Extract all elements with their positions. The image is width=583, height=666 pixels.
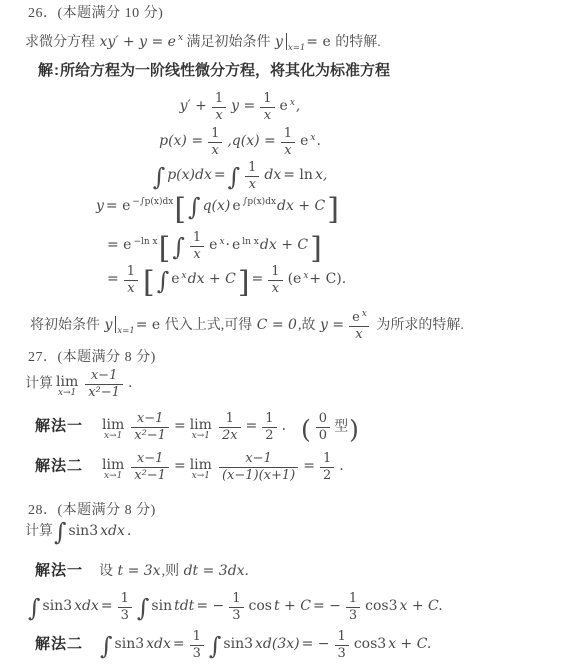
fraction-numerator: 1	[219, 412, 241, 427]
math-term: x,	[315, 167, 327, 183]
fraction-numerator: x−1	[219, 452, 298, 467]
equals-sign: =	[173, 636, 185, 652]
math-term: e	[300, 133, 308, 149]
math-term: = −	[302, 636, 330, 652]
solution-intro-line: 解:所给方程为一阶线性微分方程，将其化为标准方程	[38, 62, 390, 80]
problem-26-header-text: 26．(本题满分 10 分)	[28, 6, 163, 21]
fraction: 12x	[218, 412, 242, 442]
math-term: xdx	[146, 636, 171, 652]
punctuation: .	[128, 375, 132, 391]
fraction: 1x	[259, 92, 275, 122]
fraction-numerator: 1	[346, 592, 360, 607]
fraction-numerator: 1	[212, 92, 226, 107]
fraction: 1x	[123, 265, 139, 295]
integral-sign: ∫	[100, 632, 113, 660]
fraction-numerator: 1	[260, 92, 274, 107]
math-term: sin3	[223, 636, 253, 652]
math-term: p(x)dx	[167, 167, 212, 183]
right-paren: )	[349, 415, 359, 444]
integral-sign: ∫	[137, 594, 150, 622]
exponent: x	[362, 309, 367, 319]
answer-text: 代入上式,可得	[161, 318, 256, 333]
general-solution-step-1: y= e−∫p(x)dx[∫q(x)e∫p(x)dxdx + C]	[95, 197, 340, 215]
equals-sign: =	[101, 598, 113, 614]
substitution-text: 设	[99, 564, 117, 579]
answer-text: 将初始条件	[30, 318, 104, 333]
math-term: xdx	[100, 523, 125, 539]
math-term: y	[275, 34, 283, 50]
math-term: = e	[107, 237, 131, 253]
math-term: cos3	[365, 598, 397, 614]
limit-word: lim	[102, 458, 124, 472]
method-1-label: 解法一	[35, 417, 83, 434]
equals-sign: =	[303, 458, 315, 474]
right-bracket: ]	[310, 231, 322, 266]
final-answer-line: 将初始条件 yx=1= e 代入上式,可得 C = 0,故 y =exx 为所求…	[30, 310, 464, 342]
general-solution-step-3: =1x[∫exdx + C]=1x(ex+ C).	[106, 265, 347, 295]
statement-text: 计算	[25, 524, 53, 539]
type-note: 型	[334, 419, 348, 434]
problem-27-header: 27．(本题满分 8 分)	[28, 350, 156, 367]
math-term: dt = 3dx.	[184, 563, 249, 579]
fraction: 13	[189, 630, 205, 660]
exponent: x	[182, 271, 187, 281]
limit-subscript: x→1	[102, 432, 124, 441]
math-term: dx	[264, 167, 281, 183]
fraction-denominator: x	[268, 280, 282, 296]
equals-sign: =	[174, 418, 186, 434]
math-term: sin3	[43, 598, 73, 614]
math-term: = e	[306, 34, 330, 50]
fraction-numerator: 1	[245, 161, 259, 176]
integral-of-p-equation: ∫p(x)dx=∫1xdx= lnx,	[0, 161, 480, 191]
fraction: 1x	[267, 265, 283, 295]
fraction-denominator: 2x	[219, 427, 241, 443]
math-term: y =	[320, 317, 344, 333]
exponent: x	[290, 98, 295, 108]
method-2-label: 解法二	[35, 635, 83, 652]
math-term: xy′ + y = e	[100, 34, 176, 50]
problem-26-statement: 求微分方程 xy′ + y = ex 满足初始条件 yx=1= e 的特解.	[25, 33, 381, 53]
method-1-line-27: 解法一limx→1x−1x²−1=limx→112x=12.(00型)	[35, 412, 360, 442]
fraction-denominator: x	[281, 142, 295, 158]
fraction-numerator: 1	[190, 630, 204, 645]
substitution-text: ,则	[162, 564, 183, 579]
equals-sign: =	[246, 418, 258, 434]
fraction: x−1(x−1)(x+1)	[218, 452, 299, 482]
math-term: dx + C	[188, 271, 236, 287]
fraction-numerator: x−1	[131, 452, 169, 467]
left-bracket: [	[143, 265, 155, 300]
evaluation-bar	[286, 33, 287, 50]
fraction: 12	[319, 452, 335, 482]
fraction-denominator: 0	[316, 427, 330, 443]
fraction-denominator: x	[260, 107, 274, 123]
fraction-numerator: x−1	[131, 412, 169, 427]
equals-sign: =	[174, 458, 186, 474]
integral-sign: ∫	[54, 518, 67, 546]
fraction: 13	[345, 592, 361, 622]
substitution-line: 解法一设 t = 3x,则 dt = 3dx.	[35, 562, 250, 581]
limit-operator: limx→1	[56, 375, 78, 398]
statement-text: 计算	[25, 376, 53, 391]
math-term: sin3	[69, 523, 99, 539]
fraction-numerator: 1	[124, 265, 138, 280]
fraction-numerator: 1	[281, 127, 295, 142]
method-2-integration-line: 解法二∫sin3xdx=13∫sin3xd(3x)= −13cos3x + C.	[35, 630, 432, 660]
fraction-numerator: 1	[118, 592, 132, 607]
equals-sign: =	[214, 167, 226, 183]
limit-word: lim	[190, 458, 212, 472]
fraction: x−1x²−1	[130, 452, 170, 482]
exponent: −ln x	[133, 237, 157, 247]
evaluation-subscript: x=1	[117, 326, 134, 336]
math-term: x + C.	[400, 598, 443, 614]
math-term: sin3	[115, 636, 145, 652]
math-term: xd(3x)	[255, 636, 300, 652]
math-term: ,q(x) =	[227, 133, 275, 149]
math-term: e	[209, 237, 217, 253]
exponent: −∫p(x)dx	[132, 197, 173, 207]
fraction-denominator: 3	[229, 607, 243, 623]
fraction-denominator: x	[245, 176, 259, 192]
exponent: x	[219, 237, 224, 247]
fraction: exx	[348, 310, 370, 342]
punctuation: ,	[296, 98, 300, 114]
evaluation-subscript: x=1	[288, 43, 305, 53]
right-bracket: ]	[238, 265, 250, 300]
math-term: x + C.	[388, 636, 431, 652]
fraction-numerator: 1	[335, 630, 349, 645]
fraction: 13	[334, 630, 350, 660]
fraction-denominator: x²−1	[131, 427, 169, 443]
integral-sign: ∫	[157, 267, 170, 295]
limit-word: lim	[190, 418, 212, 432]
limit-operator: limx→1	[102, 458, 124, 481]
limit-operator: limx→1	[102, 418, 124, 441]
fraction: 1x	[211, 92, 227, 122]
fraction: 1x	[244, 161, 260, 191]
limit-subscript: x→1	[102, 472, 124, 481]
punctuation: .	[316, 133, 320, 149]
problem-28-header: 28．(本题满分 8 分)	[28, 503, 156, 520]
integration-steps-line: ∫sin3xdx=13∫sintdt= −13cost + C= −13cos3…	[27, 592, 444, 622]
math-term: t + C	[274, 598, 311, 614]
fraction: 13	[228, 592, 244, 622]
math-term: e	[232, 198, 240, 214]
integral-sign: ∫	[153, 163, 166, 191]
left-paren: (	[301, 415, 311, 444]
math-term: = e	[106, 198, 130, 214]
limit-subscript: x→1	[190, 432, 212, 441]
fraction-numerator: 1	[268, 265, 282, 280]
math-term: y =	[231, 98, 255, 114]
statement-text: 求微分方程	[25, 35, 99, 50]
statement-text: 的特解.	[332, 35, 381, 50]
exponent: x	[303, 271, 308, 281]
fraction: x−1x²−1	[130, 412, 170, 442]
fraction: 12	[261, 412, 277, 442]
math-term: e	[352, 310, 360, 325]
equals-sign: =	[252, 271, 264, 287]
math-term: xdx	[74, 598, 99, 614]
math-term: dx + C	[277, 198, 325, 214]
limit-word: lim	[102, 418, 124, 432]
punctuation: .	[282, 418, 286, 434]
equals-sign: =	[107, 271, 119, 287]
fraction-denominator: 2	[320, 467, 334, 483]
fraction-denominator: 3	[346, 607, 360, 623]
integral-sign: ∫	[28, 594, 41, 622]
integral-sign: ∫	[172, 233, 185, 261]
scanned-math-solutions-page: 26．(本题满分 10 分) 求微分方程 xy′ + y = ex 满足初始条件…	[0, 0, 583, 666]
math-term: cos3	[354, 636, 386, 652]
fraction-denominator: x	[190, 246, 204, 262]
fraction-numerator: 1	[229, 592, 243, 607]
math-term: + C).	[309, 271, 346, 287]
problem-28-statement: 计算∫sin3xdx.	[25, 523, 132, 541]
math-term: (e	[288, 271, 302, 287]
math-term: e	[280, 98, 288, 114]
math-term: tdt	[174, 598, 194, 614]
fraction: x−1x²−1	[84, 369, 124, 399]
fraction-denominator: 2	[262, 427, 276, 443]
solution-label: 解:	[38, 62, 60, 79]
math-term: = ln	[283, 167, 313, 183]
fraction-denominator: x	[212, 107, 226, 123]
fraction: 13	[117, 592, 133, 622]
fraction: 1x	[189, 231, 205, 261]
fraction-denominator: x²−1	[85, 384, 123, 400]
fraction: 1x	[280, 127, 296, 157]
general-solution-step-2: = e−ln x[∫1xex·eln xdx + C]	[106, 231, 323, 261]
left-bracket: [	[174, 192, 186, 227]
fraction-denominator: 3	[118, 607, 132, 623]
fraction-numerator: x−1	[85, 369, 123, 384]
limit-operator: limx→1	[190, 418, 212, 441]
math-term: y′ +	[180, 98, 207, 114]
fraction-numerator: 0	[316, 412, 330, 427]
standard-form-equation: y′ +1xy =1xex,	[0, 92, 480, 122]
method-2-line-27: 解法二limx→1x−1x²−1=limx→1x−1(x−1)(x+1)=12.	[35, 452, 345, 482]
fraction-denominator: 3	[335, 645, 349, 661]
fraction-numerator: 1	[190, 231, 204, 246]
math-term: = −	[313, 598, 341, 614]
math-term: y	[96, 198, 104, 214]
fraction-denominator: x	[349, 326, 369, 342]
problem-27-header-text: 27．(本题满分 8 分)	[28, 350, 156, 365]
math-term: p(x) =	[159, 133, 203, 149]
fraction-denominator: x	[208, 142, 222, 158]
fraction-numerator: 1	[262, 412, 276, 427]
integral-sign: ∫	[188, 193, 201, 221]
punctuation: .	[127, 523, 131, 539]
right-bracket: ]	[327, 192, 339, 227]
math-term: q(x)	[203, 198, 231, 214]
math-term: sin	[151, 598, 172, 614]
math-term: dx + C	[260, 237, 308, 253]
fraction-numerator: 1	[208, 127, 222, 142]
math-term: t = 3x	[118, 563, 161, 579]
problem-27-statement: 计算limx→1x−1x²−1.	[25, 369, 133, 399]
pq-definition-equation: p(x) =1x,q(x) =1xex.	[0, 127, 480, 157]
fraction-denominator: x	[124, 280, 138, 296]
statement-text: 满足初始条件	[183, 35, 274, 50]
math-term: y	[105, 317, 113, 333]
math-term: C = 0	[257, 317, 297, 333]
problem-26-header: 26．(本题满分 10 分)	[28, 6, 163, 23]
integral-sign: ∫	[228, 163, 241, 191]
fraction: 00	[315, 412, 331, 442]
fraction-denominator: x²−1	[131, 467, 169, 483]
fraction-numerator: 1	[320, 452, 334, 467]
multiplication-dot: ·	[226, 237, 230, 253]
math-term: cos	[249, 598, 272, 614]
fraction: 1x	[207, 127, 223, 157]
exponent: x	[310, 133, 315, 143]
exponent: ∫p(x)dx	[243, 197, 276, 207]
math-term: = e	[136, 317, 160, 333]
math-term: e	[171, 271, 179, 287]
method-1-label: 解法一	[35, 562, 83, 579]
limit-operator: limx→1	[190, 458, 212, 481]
left-bracket: [	[159, 231, 171, 266]
fraction-numerator: ex	[348, 310, 370, 326]
fraction-denominator: (x−1)(x+1)	[219, 467, 298, 483]
limit-word: lim	[56, 375, 78, 389]
limit-subscript: x→1	[190, 472, 212, 481]
fraction-denominator: 3	[190, 645, 204, 661]
answer-text: 为所求的特解.	[373, 318, 464, 333]
limit-subscript: x→1	[56, 389, 78, 398]
exponent: ln x	[242, 237, 259, 247]
problem-28-header-text: 28．(本题满分 8 分)	[28, 503, 156, 518]
math-term: e	[232, 237, 240, 253]
math-term: = −	[196, 598, 224, 614]
answer-text: ,故	[298, 318, 319, 333]
punctuation: .	[339, 458, 343, 474]
method-2-label: 解法二	[35, 457, 83, 474]
integral-sign: ∫	[209, 632, 222, 660]
solution-intro-text: 所给方程为一阶线性微分方程，将其化为标准方程	[60, 62, 390, 79]
